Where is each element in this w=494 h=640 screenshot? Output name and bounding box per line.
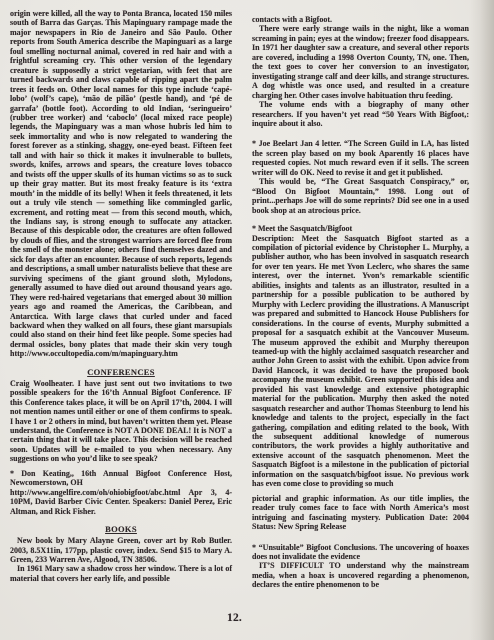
keating-conference-details: http://www.angelfire.com/oh/ohiobigfoot/… [10, 488, 232, 516]
sasquatch-book-description-end: pictorial and graphic information. As ou… [252, 494, 469, 532]
book-announcement: New book by Mary Alayne Green, cover art… [10, 536, 232, 564]
scan-edge-shadow [480, 0, 494, 640]
left-column: origin were killed, all the way to Ponta… [10, 9, 232, 583]
book-description-details: There were early strange wails in the ni… [252, 24, 469, 100]
page-number: 12. [227, 612, 242, 624]
books-heading: BOOKS [10, 524, 232, 534]
unsuitable-conclusions-text: IT’S DIFFICULT TO understand why the mai… [252, 561, 469, 589]
unsuitable-conclusions-heading: * “Unsuitable” Bigfoot Conclusions. The … [252, 543, 469, 562]
scanned-newsletter-page: origin were killed, all the way to Ponta… [0, 0, 494, 640]
scan-artifact-spot [459, 264, 466, 271]
right-column: contacts with a Bigfoot. There were earl… [252, 15, 469, 590]
keating-conference-listing: * Don Keating,, 16th Annual Bigfoot Conf… [10, 469, 232, 488]
sasquatch-book-description: Description: Meet the Sasquatch Bigfoot … [252, 234, 469, 489]
beelart-note: This would be, “The Great Sasquatch Cons… [252, 177, 469, 215]
conference-announcement: Craig Woolheater. I have just sent out t… [10, 379, 232, 464]
sasquatch-book-title: * Meet the Sasquatch/Bigfoot [252, 224, 469, 233]
conferences-heading: CONFERENCES [10, 367, 232, 377]
book-description-start: In 1961 Mary saw a shadow cross her wind… [10, 564, 232, 583]
book-description-end: The volume ends with a biography of many… [252, 100, 469, 128]
book-description-continued: contacts with a Bigfoot. [252, 15, 469, 24]
mapinguary-paragraph: origin were killed, all the way to Ponta… [10, 9, 232, 359]
beelart-letter: * Joe Beelart Jan 4 letter. “The Screen … [252, 139, 469, 177]
